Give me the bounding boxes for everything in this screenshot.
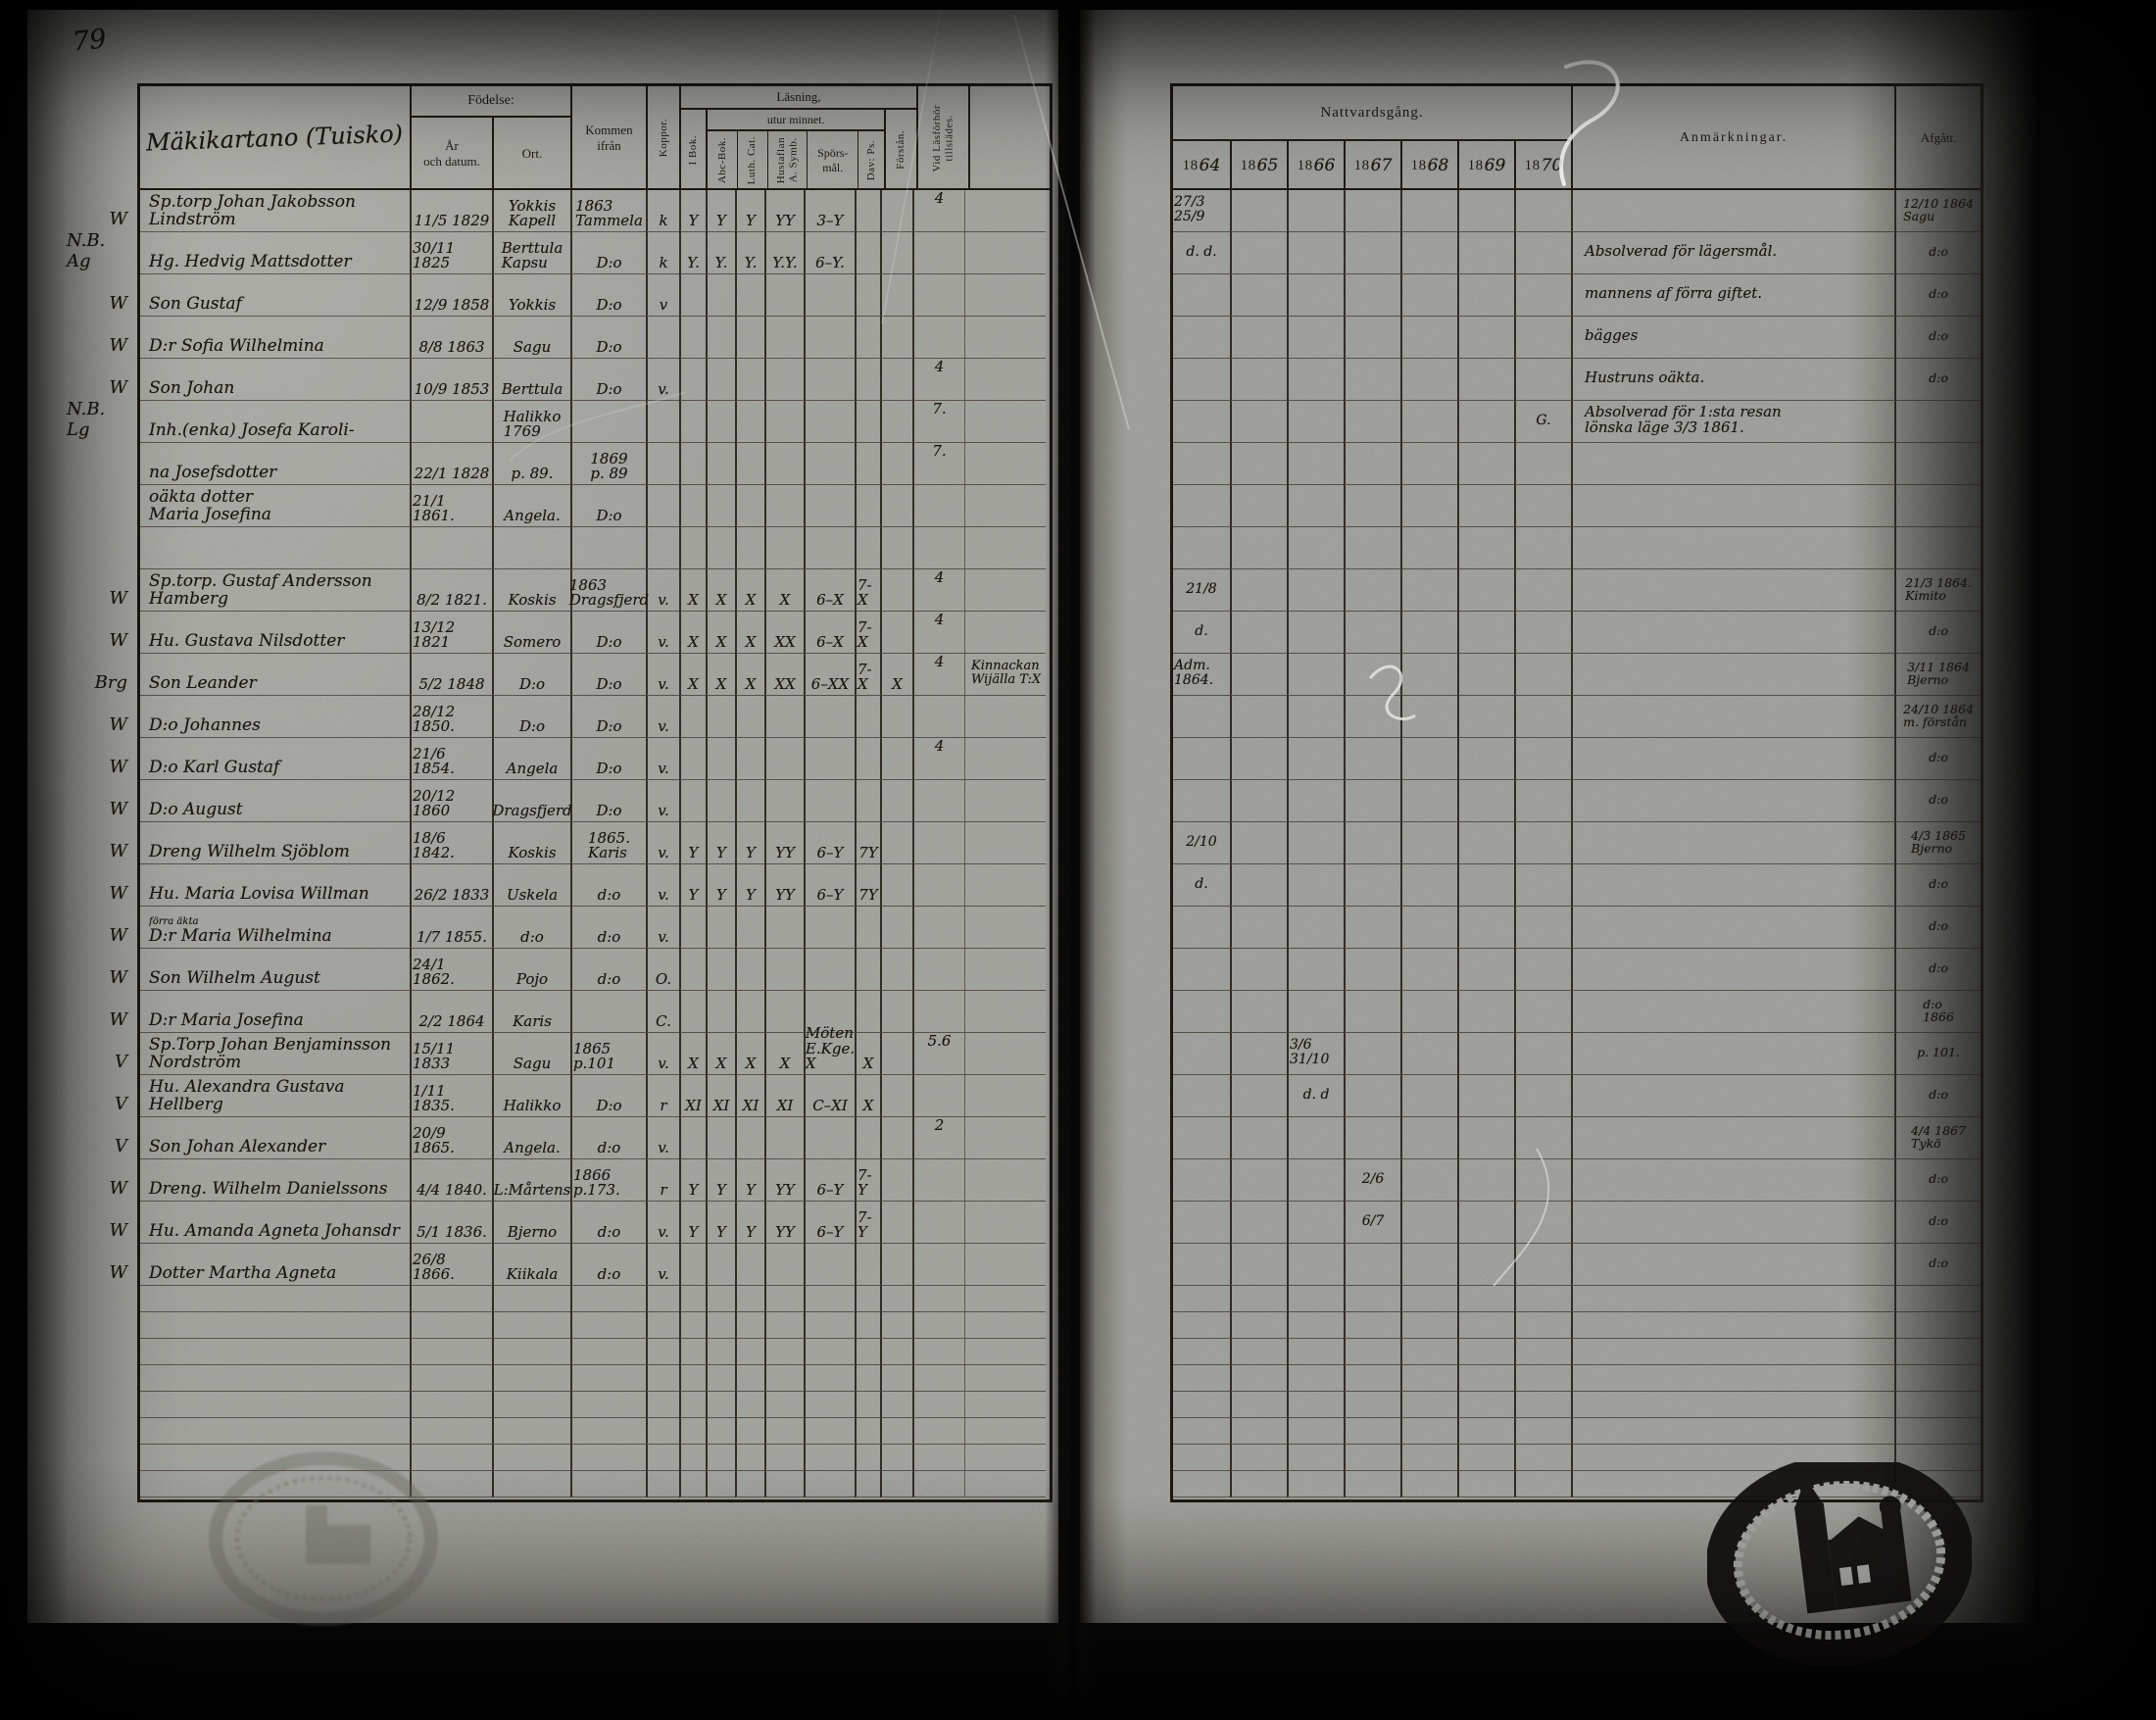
cell-y1868	[1400, 1392, 1457, 1418]
cell-abc	[706, 907, 735, 949]
cell-ibok	[679, 1312, 706, 1339]
cell-y1867	[1344, 780, 1400, 822]
cell-note	[964, 1286, 1046, 1312]
cell-spors	[804, 949, 855, 991]
cell-y1868	[1400, 696, 1457, 738]
cell-afgatt	[1894, 485, 1981, 527]
cell-note	[964, 780, 1046, 822]
cell-hust	[764, 485, 804, 527]
cell-luth: Y	[735, 864, 764, 907]
cell-hust	[764, 907, 804, 949]
cell-y1867	[1344, 401, 1400, 443]
cell-ort	[492, 1471, 570, 1498]
cell-kommen: 1865. Karis	[570, 822, 646, 864]
cell-ibok	[679, 1339, 706, 1365]
cell-name: Hu. Amanda Agneta Johansdr	[140, 1202, 410, 1244]
cell-note	[964, 1117, 1046, 1159]
cell-y1870	[1514, 569, 1571, 612]
cell-y1869	[1457, 1339, 1514, 1365]
table-row: Dotter Martha Agneta26/8 1866.Kiikalad:o…	[140, 1244, 1050, 1286]
cell-koppor	[646, 1286, 679, 1312]
cell-dav: X	[855, 1033, 880, 1075]
table-row	[140, 1392, 1050, 1418]
cell-koppor: k	[646, 190, 679, 232]
cell-dav	[855, 1244, 880, 1286]
cell-spors	[804, 359, 855, 401]
cell-y1867	[1344, 1312, 1400, 1339]
cell-dav: 7-Y	[855, 1159, 880, 1202]
cell-kommen: d:o	[570, 1202, 646, 1244]
cell-y1868	[1400, 1312, 1457, 1339]
cell-kommen: D:o	[570, 232, 646, 274]
cell-y1869	[1457, 1365, 1514, 1392]
cell-kommen	[570, 1286, 646, 1312]
cell-hust	[764, 949, 804, 991]
table-row: D:o Johannes28/12 1850.D:oD:ov.	[140, 696, 1050, 738]
cell-ort: Somero	[492, 612, 570, 654]
cell-afgatt: d:o	[1894, 907, 1981, 949]
cell-y1868	[1400, 1033, 1457, 1075]
cell-birth	[410, 1471, 492, 1498]
cell-y1864	[1173, 1471, 1230, 1498]
cell-luth	[735, 1445, 764, 1471]
cell-birth: 2/2 1864	[410, 991, 492, 1033]
cell-y1868	[1400, 1159, 1457, 1202]
cell-spors: 6–Y	[804, 1159, 855, 1202]
header-abc-bok: Abc-Bok.	[716, 137, 729, 183]
cell-afgatt: d:o	[1894, 612, 1981, 654]
cell-koppor	[646, 317, 679, 359]
header-sporsmal: Spörs- mål.	[808, 131, 858, 190]
cell-luth	[735, 1117, 764, 1159]
cell-y1868	[1400, 190, 1457, 232]
cell-y1866: d. d	[1287, 1075, 1344, 1117]
cell-note	[964, 232, 1046, 274]
cell-luth	[735, 1312, 764, 1339]
cell-y1866	[1287, 1471, 1344, 1498]
cell-kommen: 1869 p. 89	[570, 443, 646, 485]
table-row: Hu. Gustava Nilsdotter13/12 1821SomeroD:…	[140, 612, 1050, 654]
cell-y1866	[1287, 1202, 1344, 1244]
cell-y1864	[1173, 1202, 1230, 1244]
cell-hust	[764, 401, 804, 443]
header-hustaflan: Hustaflan A. Symb.	[775, 137, 800, 183]
table-row: Inh.(enka) Josefa Karoli-Halikko 17697.	[140, 401, 1050, 443]
table-row: 4/4 1867 Tykö	[1173, 1117, 1981, 1159]
cell-koppor	[646, 1392, 679, 1418]
cell-y1864	[1173, 1286, 1230, 1312]
cell-y1870	[1514, 696, 1571, 738]
cell-y1869	[1457, 485, 1514, 527]
cell-y1865	[1230, 359, 1287, 401]
header-utur-minnet: utur minnet.	[708, 110, 884, 131]
cell-y1867	[1344, 359, 1400, 401]
cell-hust	[764, 696, 804, 738]
cell-anm	[1571, 1418, 1894, 1445]
cell-y1868	[1400, 612, 1457, 654]
header-koppor: Koppor.	[658, 119, 670, 157]
table-row	[140, 527, 1050, 569]
cell-koppor: v.	[646, 1033, 679, 1075]
table-row: d:o 1866	[1173, 991, 1981, 1033]
cell-kommen: 1863 Tammela	[570, 190, 646, 232]
cell-y1867	[1344, 569, 1400, 612]
cell-y1868	[1400, 1445, 1457, 1471]
cell-y1868	[1400, 569, 1457, 612]
cell-koppor: v.	[646, 1117, 679, 1159]
cell-y1865	[1230, 1286, 1287, 1312]
cell-y1868	[1400, 232, 1457, 274]
table-row: Hu. Maria Lovisa Willman26/2 1833Uskelad…	[140, 864, 1050, 907]
cell-vid	[912, 1445, 964, 1471]
cell-y1865	[1230, 696, 1287, 738]
cell-y1867	[1344, 1392, 1400, 1418]
cell-spors: 6–X	[804, 612, 855, 654]
left-table-header: Mäkikartano (Tuisko) Födelse: År och dat…	[140, 86, 1050, 190]
cell-forsta	[880, 1445, 912, 1471]
left-page: 79 WN.B. AgWWWN.B. LgWWBrgWWWWWWWWVVVWWW…	[27, 10, 1058, 1623]
cell-ort: Angela	[492, 738, 570, 780]
cell-afgatt: d:o	[1894, 1075, 1981, 1117]
cell-koppor	[646, 1445, 679, 1471]
margin-note: W	[67, 904, 131, 946]
cell-luth	[735, 1286, 764, 1312]
cell-ibok: Y	[679, 190, 706, 232]
cell-y1864	[1173, 443, 1230, 485]
table-row: förra äktaD:r Maria Wilhelmina1/7 1855.d…	[140, 907, 1050, 949]
table-row: 6/7d:o	[1173, 1202, 1981, 1244]
cell-y1865	[1230, 1365, 1287, 1392]
table-row	[1173, 443, 1981, 485]
cell-vid	[912, 991, 964, 1033]
cell-note	[964, 443, 1046, 485]
cell-name: Son Johan	[140, 359, 410, 401]
margin-note: W	[67, 819, 131, 861]
cell-hust	[764, 991, 804, 1033]
cell-y1864: 2/10	[1173, 822, 1230, 864]
cell-y1870	[1514, 317, 1571, 359]
cell-ort: Angela.	[492, 485, 570, 527]
cell-vid: 4	[912, 612, 964, 654]
cell-name: Dotter Martha Agneta	[140, 1244, 410, 1286]
cell-luth: X	[735, 569, 764, 612]
cell-y1868	[1400, 317, 1457, 359]
cell-abc	[706, 738, 735, 780]
margin-note: N.B. Lg	[67, 398, 131, 440]
margin-note: W	[67, 356, 131, 398]
cell-note	[964, 612, 1046, 654]
cell-note	[964, 401, 1046, 443]
cell-dav	[855, 1339, 880, 1365]
margin-note	[67, 1468, 131, 1495]
cell-dav	[855, 401, 880, 443]
cell-ibok: X	[679, 654, 706, 696]
cell-vid	[912, 1418, 964, 1445]
cell-dav	[855, 780, 880, 822]
cell-y1870	[1514, 1286, 1571, 1312]
cell-ibok: XI	[679, 1075, 706, 1117]
cell-anm: mannens af förra giftet.	[1571, 274, 1894, 317]
cell-forsta: X	[880, 654, 912, 696]
cell-vid	[912, 822, 964, 864]
cell-name: förra äktaD:r Maria Wilhelmina	[140, 907, 410, 949]
cell-note	[964, 907, 1046, 949]
cell-birth: 20/9 1865.	[410, 1117, 492, 1159]
cell-y1868	[1400, 359, 1457, 401]
cell-spors: 6–Y	[804, 864, 855, 907]
cell-birth: 12/9 1858	[410, 274, 492, 317]
header-i-bok: I Bok.	[687, 135, 700, 166]
cell-note	[964, 1202, 1046, 1244]
table-row: Dreng Wilhelm Sjöblom18/6 1842.Koskis186…	[140, 822, 1050, 864]
cell-ort: p. 89.	[492, 443, 570, 485]
cell-forsta	[880, 569, 912, 612]
cell-koppor	[646, 1312, 679, 1339]
cell-forsta	[880, 1286, 912, 1312]
cell-forsta	[880, 443, 912, 485]
table-row: d. d.Absolverad för lägersmål.d:o	[1173, 232, 1981, 274]
cell-note	[964, 569, 1046, 612]
cell-y1866	[1287, 949, 1344, 991]
cell-kommen: D:o	[570, 738, 646, 780]
cell-name	[140, 1392, 410, 1418]
cell-anm	[1571, 443, 1894, 485]
cell-ibok	[679, 696, 706, 738]
cell-birth: 5/1 1836.	[410, 1202, 492, 1244]
cell-y1865	[1230, 1339, 1287, 1365]
cell-abc	[706, 780, 735, 822]
cell-abc: X	[706, 612, 735, 654]
cell-note	[964, 1471, 1046, 1498]
cell-abc	[706, 527, 735, 569]
cell-ort: Koskis	[492, 569, 570, 612]
cell-luth	[735, 401, 764, 443]
cell-vid	[912, 864, 964, 907]
cell-afgatt: d:o	[1894, 1202, 1981, 1244]
cell-kommen	[570, 527, 646, 569]
table-row	[1173, 485, 1981, 527]
cell-spors: 6–Y.	[804, 232, 855, 274]
cell-note	[964, 1075, 1046, 1117]
cell-y1865	[1230, 738, 1287, 780]
cell-kommen	[570, 1312, 646, 1339]
cell-name	[140, 1286, 410, 1312]
margin-note: W	[67, 861, 131, 904]
table-row: Son Johan10/9 1853BerttulaD:ov.4	[140, 359, 1050, 401]
cell-birth: 13/12 1821	[410, 612, 492, 654]
cell-ibok	[679, 738, 706, 780]
cell-abc: Y	[706, 1159, 735, 1202]
cell-note	[964, 190, 1046, 232]
cell-anm	[1571, 654, 1894, 696]
cell-y1869	[1457, 317, 1514, 359]
cell-note	[964, 822, 1046, 864]
cell-dav: 7-X	[855, 654, 880, 696]
header-ar-och-datum: År och datum.	[412, 118, 494, 190]
cell-y1869	[1457, 443, 1514, 485]
cell-y1868	[1400, 949, 1457, 991]
margin-note: W	[67, 1156, 131, 1199]
cell-ibok	[679, 1392, 706, 1418]
cell-y1868	[1400, 654, 1457, 696]
cell-y1870	[1514, 1244, 1571, 1286]
cell-dav	[855, 1471, 880, 1498]
cell-birth: 26/2 1833	[410, 864, 492, 907]
header-notes-blank	[968, 86, 1050, 190]
cell-luth	[735, 738, 764, 780]
cell-birth	[410, 527, 492, 569]
cell-y1866	[1287, 780, 1344, 822]
cell-note	[964, 1418, 1046, 1445]
cell-koppor: v.	[646, 864, 679, 907]
cell-y1868	[1400, 1471, 1457, 1498]
cell-note	[964, 991, 1046, 1033]
cell-y1868	[1400, 1286, 1457, 1312]
cell-y1864	[1173, 991, 1230, 1033]
cell-luth: X	[735, 612, 764, 654]
table-row	[140, 1365, 1050, 1392]
cell-vid	[912, 1075, 964, 1117]
cell-y1865	[1230, 1244, 1287, 1286]
cell-y1869	[1457, 359, 1514, 401]
header-ort: Ort.	[494, 118, 570, 190]
cell-abc	[706, 1339, 735, 1365]
cell-luth: Y	[735, 1202, 764, 1244]
cell-anm	[1571, 1471, 1894, 1498]
cell-ort	[492, 1365, 570, 1392]
margin-note: W	[67, 735, 131, 777]
cell-anm: bägges	[1571, 317, 1894, 359]
table-row: D:r Maria Josefina2/2 1864KarisC.	[140, 991, 1050, 1033]
cell-ort: Berttula Kapsu	[492, 232, 570, 274]
cell-luth	[735, 485, 764, 527]
cell-y1869	[1457, 527, 1514, 569]
margin-note	[67, 524, 131, 566]
cell-abc	[706, 443, 735, 485]
cell-y1869	[1457, 1418, 1514, 1445]
cell-vid	[912, 1365, 964, 1392]
cell-y1868	[1400, 1418, 1457, 1445]
cell-vid	[912, 232, 964, 274]
cell-kommen	[570, 1392, 646, 1418]
cell-abc	[706, 696, 735, 738]
cell-birth: 20/12 1860	[410, 780, 492, 822]
table-row: Son Johan Alexander20/9 1865.Angela.d:ov…	[140, 1117, 1050, 1159]
cell-vid	[912, 696, 964, 738]
cell-vid	[912, 1159, 964, 1202]
table-row	[1173, 1418, 1981, 1445]
cell-koppor: v.	[646, 822, 679, 864]
cell-y1867	[1344, 232, 1400, 274]
cell-dav	[855, 907, 880, 949]
cell-koppor: v.	[646, 612, 679, 654]
cell-abc	[706, 274, 735, 317]
cell-y1869	[1457, 232, 1514, 274]
cell-y1867	[1344, 1075, 1400, 1117]
header-nattvardsgang: Nattvardsgång.	[1173, 86, 1571, 141]
cell-koppor: v.	[646, 654, 679, 696]
table-row	[140, 1339, 1050, 1365]
cell-y1869	[1457, 401, 1514, 443]
cell-y1870	[1514, 991, 1571, 1033]
margin-note	[67, 1362, 131, 1389]
cell-y1869	[1457, 1159, 1514, 1202]
cell-anm	[1571, 907, 1894, 949]
cell-hust	[764, 1286, 804, 1312]
cell-name: Son Johan Alexander	[140, 1117, 410, 1159]
table-row: d:o	[1173, 780, 1981, 822]
cell-koppor: O.	[646, 949, 679, 991]
cell-y1867	[1344, 1418, 1400, 1445]
cell-y1868	[1400, 1117, 1457, 1159]
cell-ibok	[679, 949, 706, 991]
cell-luth	[735, 443, 764, 485]
cell-y1865	[1230, 1471, 1287, 1498]
cell-vid	[912, 1471, 964, 1498]
table-row: 2/104/3 1865 Bjerno	[1173, 822, 1981, 864]
household-title: Mäkikartano (Tuisko)	[146, 120, 404, 156]
cell-y1867	[1344, 443, 1400, 485]
margin-note: W	[67, 777, 131, 819]
cell-kommen: d:o	[570, 1117, 646, 1159]
cell-dav	[855, 485, 880, 527]
cell-ort	[492, 1445, 570, 1471]
margin-note: V	[67, 1030, 131, 1072]
cell-y1870	[1514, 907, 1571, 949]
table-row	[1173, 527, 1981, 569]
cell-y1867	[1344, 1339, 1400, 1365]
table-row	[140, 1471, 1050, 1498]
cell-luth: Y	[735, 190, 764, 232]
cell-vid: 7.	[912, 401, 964, 443]
cell-anm: Absolverad för lägersmål.	[1571, 232, 1894, 274]
cell-y1864: 27/3 25/9	[1173, 190, 1230, 232]
cell-anm	[1571, 485, 1894, 527]
cell-y1867	[1344, 949, 1400, 991]
cell-ibok	[679, 1471, 706, 1498]
cell-y1866	[1287, 1244, 1344, 1286]
cell-birth: 4/4 1840.	[410, 1159, 492, 1202]
cell-y1866	[1287, 569, 1344, 612]
margin-note: Brg	[67, 651, 131, 693]
cell-dav: 7Y	[855, 864, 880, 907]
cell-y1864	[1173, 274, 1230, 317]
cell-afgatt: d:o	[1894, 949, 1981, 991]
cell-name	[140, 1445, 410, 1471]
cell-vid	[912, 907, 964, 949]
cell-name: Son Wilhelm August	[140, 949, 410, 991]
cell-y1869	[1457, 864, 1514, 907]
table-row: Son Leander5/2 1848D:oD:ov.XXXXX6–XX7-XX…	[140, 654, 1050, 696]
cell-vid	[912, 1286, 964, 1312]
cell-y1868	[1400, 1202, 1457, 1244]
cell-y1864: 21/8	[1173, 569, 1230, 612]
cell-y1867	[1344, 1445, 1400, 1471]
cell-birth	[410, 1286, 492, 1312]
cell-y1867	[1344, 822, 1400, 864]
cell-note	[964, 1365, 1046, 1392]
cell-y1864	[1173, 359, 1230, 401]
cell-hust: XX	[764, 612, 804, 654]
table-row	[1173, 1286, 1981, 1312]
cell-y1865	[1230, 569, 1287, 612]
cell-dav	[855, 738, 880, 780]
cell-luth	[735, 780, 764, 822]
cell-y1866	[1287, 443, 1344, 485]
margin-note: V	[67, 1114, 131, 1156]
cell-abc	[706, 1286, 735, 1312]
cell-ibok	[679, 1365, 706, 1392]
